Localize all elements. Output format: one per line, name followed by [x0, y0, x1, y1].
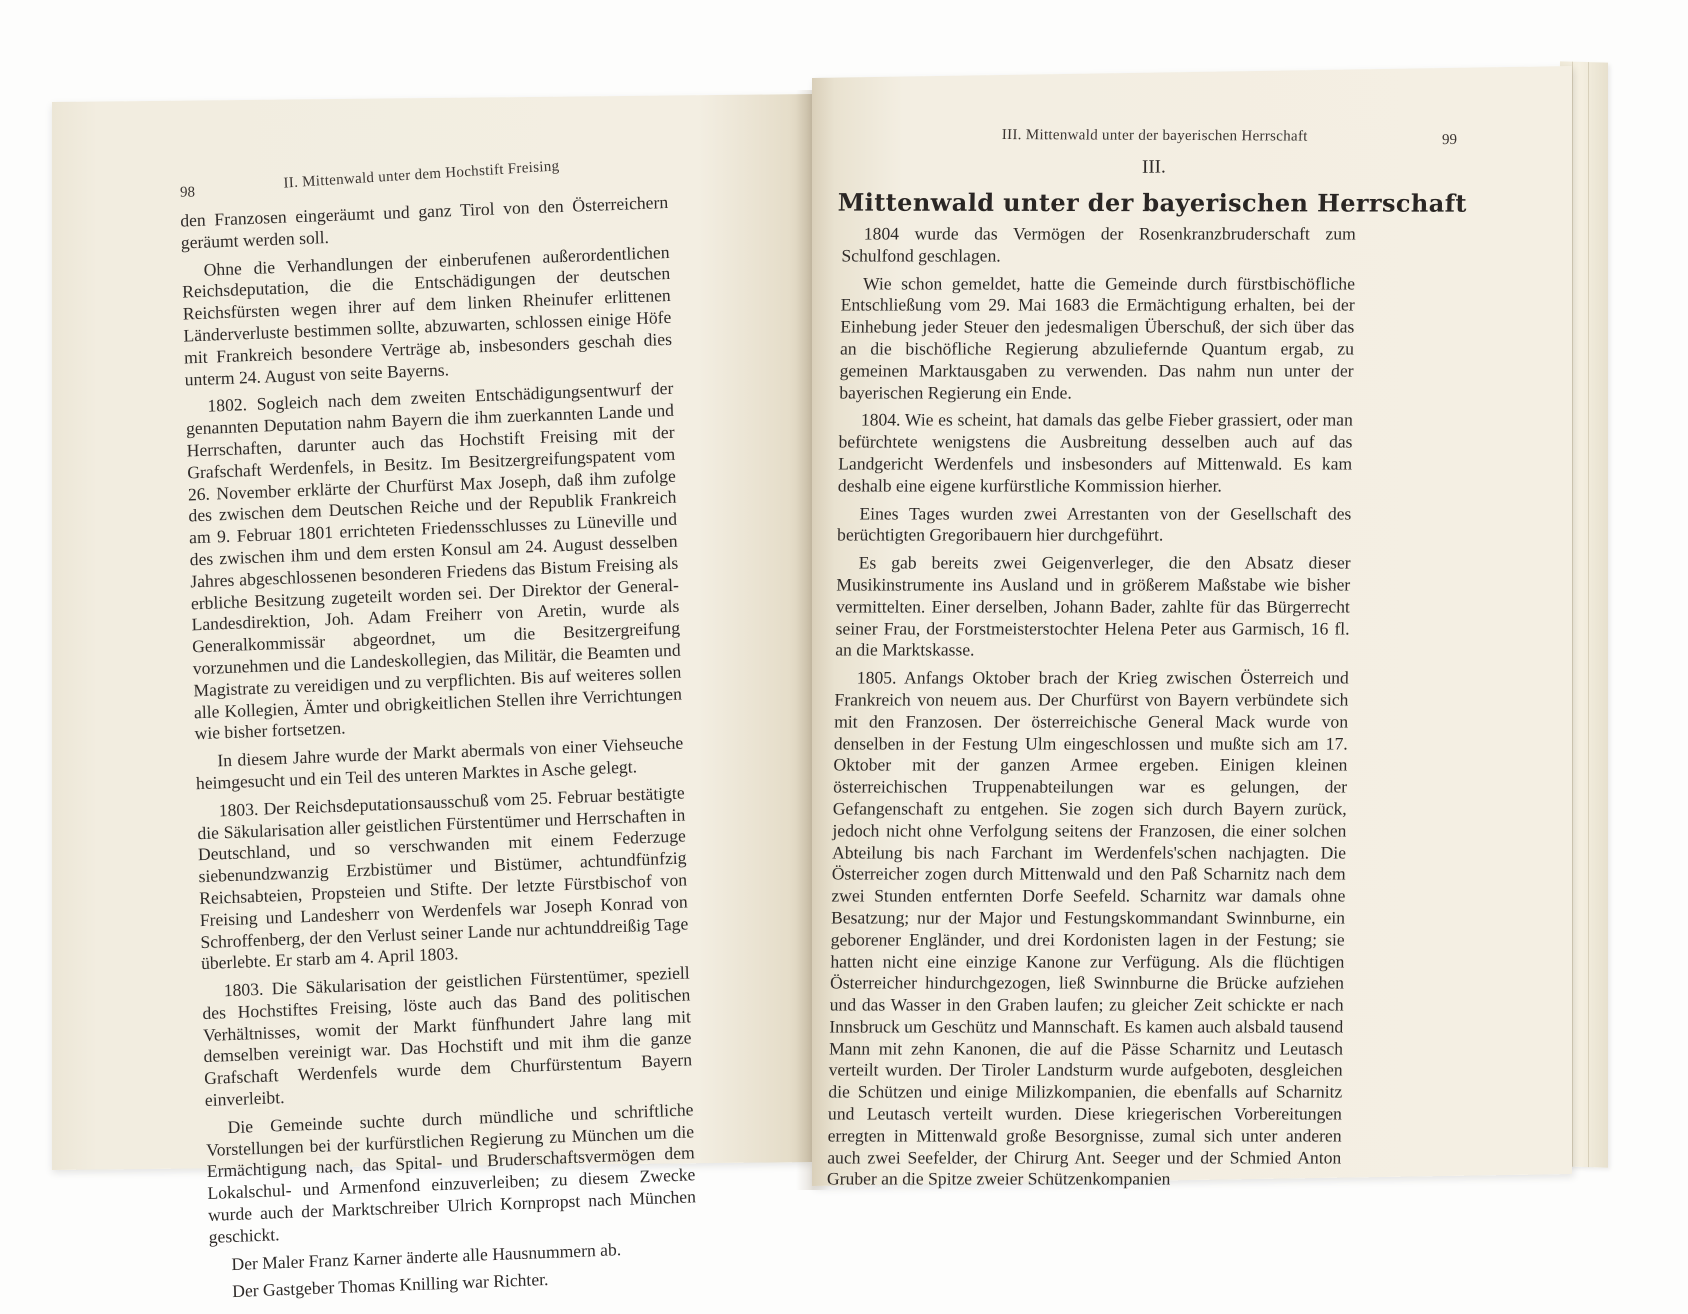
paragraph: Wie schon gemeldet, hatte die Gemeinde d…: [839, 273, 1355, 404]
book-spread-photo: 98 II. Mittenwald unter dem Hochstift Fr…: [0, 0, 1688, 1314]
paragraph: Eines Tages wurden zwei Arrestanten von …: [837, 503, 1352, 547]
chapter-number: III.: [1142, 156, 1166, 178]
paragraph: Es gab bereits zwei Geigenverleger, die …: [835, 553, 1351, 662]
running-head: II. Mittenwald unter dem Hochstift Freis…: [283, 158, 560, 192]
chapter-title: Mittenwald unter der bayerischen Herrsch…: [837, 188, 1467, 218]
page-number: 99: [1442, 132, 1457, 149]
running-head: III. Mittenwald unter der bayerischen He…: [1002, 127, 1308, 146]
paragraph: 1804. Wie es scheint, hat damals das gel…: [838, 410, 1353, 497]
body-text: 1804 wurde das Vermögen der Rosenkranzbr…: [827, 224, 1356, 1197]
paragraph: 1803. Der Reichsdeputationsausschuß vom …: [196, 782, 689, 975]
left-page: 98 II. Mittenwald unter dem Hochstift Fr…: [52, 94, 812, 1170]
paragraph: 1804 wurde das Vermögen der Rosenkranzbr…: [841, 224, 1356, 268]
paragraph: Die Gemeinde suchte durch mündliche und …: [205, 1099, 696, 1248]
page-number: 98: [180, 185, 195, 202]
paragraph: Ohne die Verhandlungen der einberufenen …: [181, 241, 672, 390]
paragraph: 1802. Sogleich nach dem zweiten Entschäd…: [185, 378, 683, 745]
body-text: den Franzosen eingeräumt und ganz Tirol …: [180, 192, 699, 1310]
paragraph: 1803. Die Säkularisation der geistlichen…: [202, 962, 693, 1111]
paragraph: 1805. Anfangs Oktober brach der Krieg zw…: [827, 668, 1349, 1191]
right-page: III. Mittenwald unter der bayerischen He…: [812, 66, 1572, 1186]
